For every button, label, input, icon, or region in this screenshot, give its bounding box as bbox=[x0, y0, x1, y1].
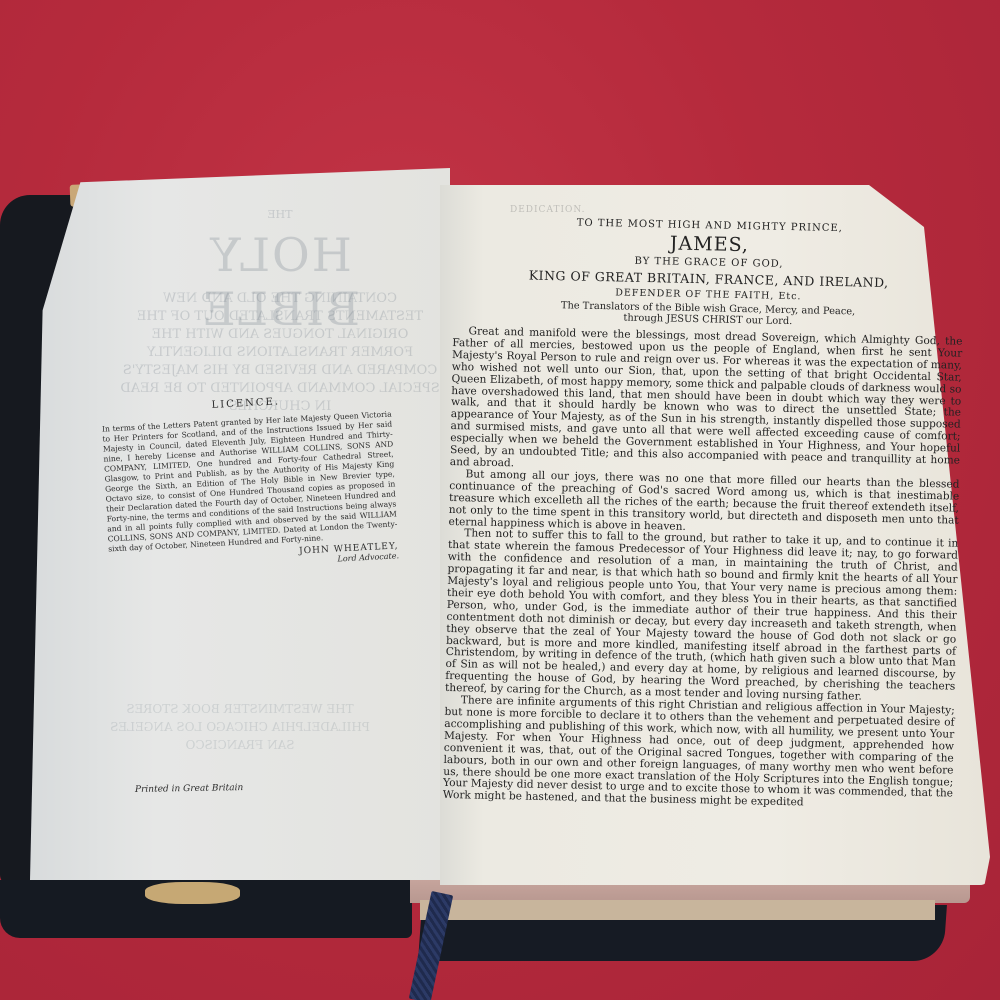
paper-label-scrap-bottom bbox=[145, 882, 240, 904]
licence-text: In terms of the Letters Patent granted b… bbox=[102, 410, 398, 555]
licence-block: LICENCE. In terms of the Letters Patent … bbox=[101, 391, 399, 576]
imprint: Printed in Great Britain bbox=[135, 783, 243, 795]
paragraph: Great and manifold were the blessings, m… bbox=[450, 326, 963, 480]
paragraph: Then not to suffer this to fall to the g… bbox=[445, 528, 958, 705]
dedication-block: TO THE MOST HIGH AND MIGHTY PRINCE, JAME… bbox=[443, 215, 965, 813]
dedication-body: Great and manifold were the blessings, m… bbox=[443, 326, 963, 813]
endpaper bbox=[420, 900, 935, 920]
show-through-dedication: DEDICATION. bbox=[510, 205, 586, 215]
show-through-the: THE bbox=[240, 208, 320, 221]
paragraph: There are infinite arguments of this rig… bbox=[443, 695, 955, 813]
show-through-publisher: THE WESTMINSTER BOOK STORES PHILADELPHIA… bbox=[110, 700, 370, 754]
